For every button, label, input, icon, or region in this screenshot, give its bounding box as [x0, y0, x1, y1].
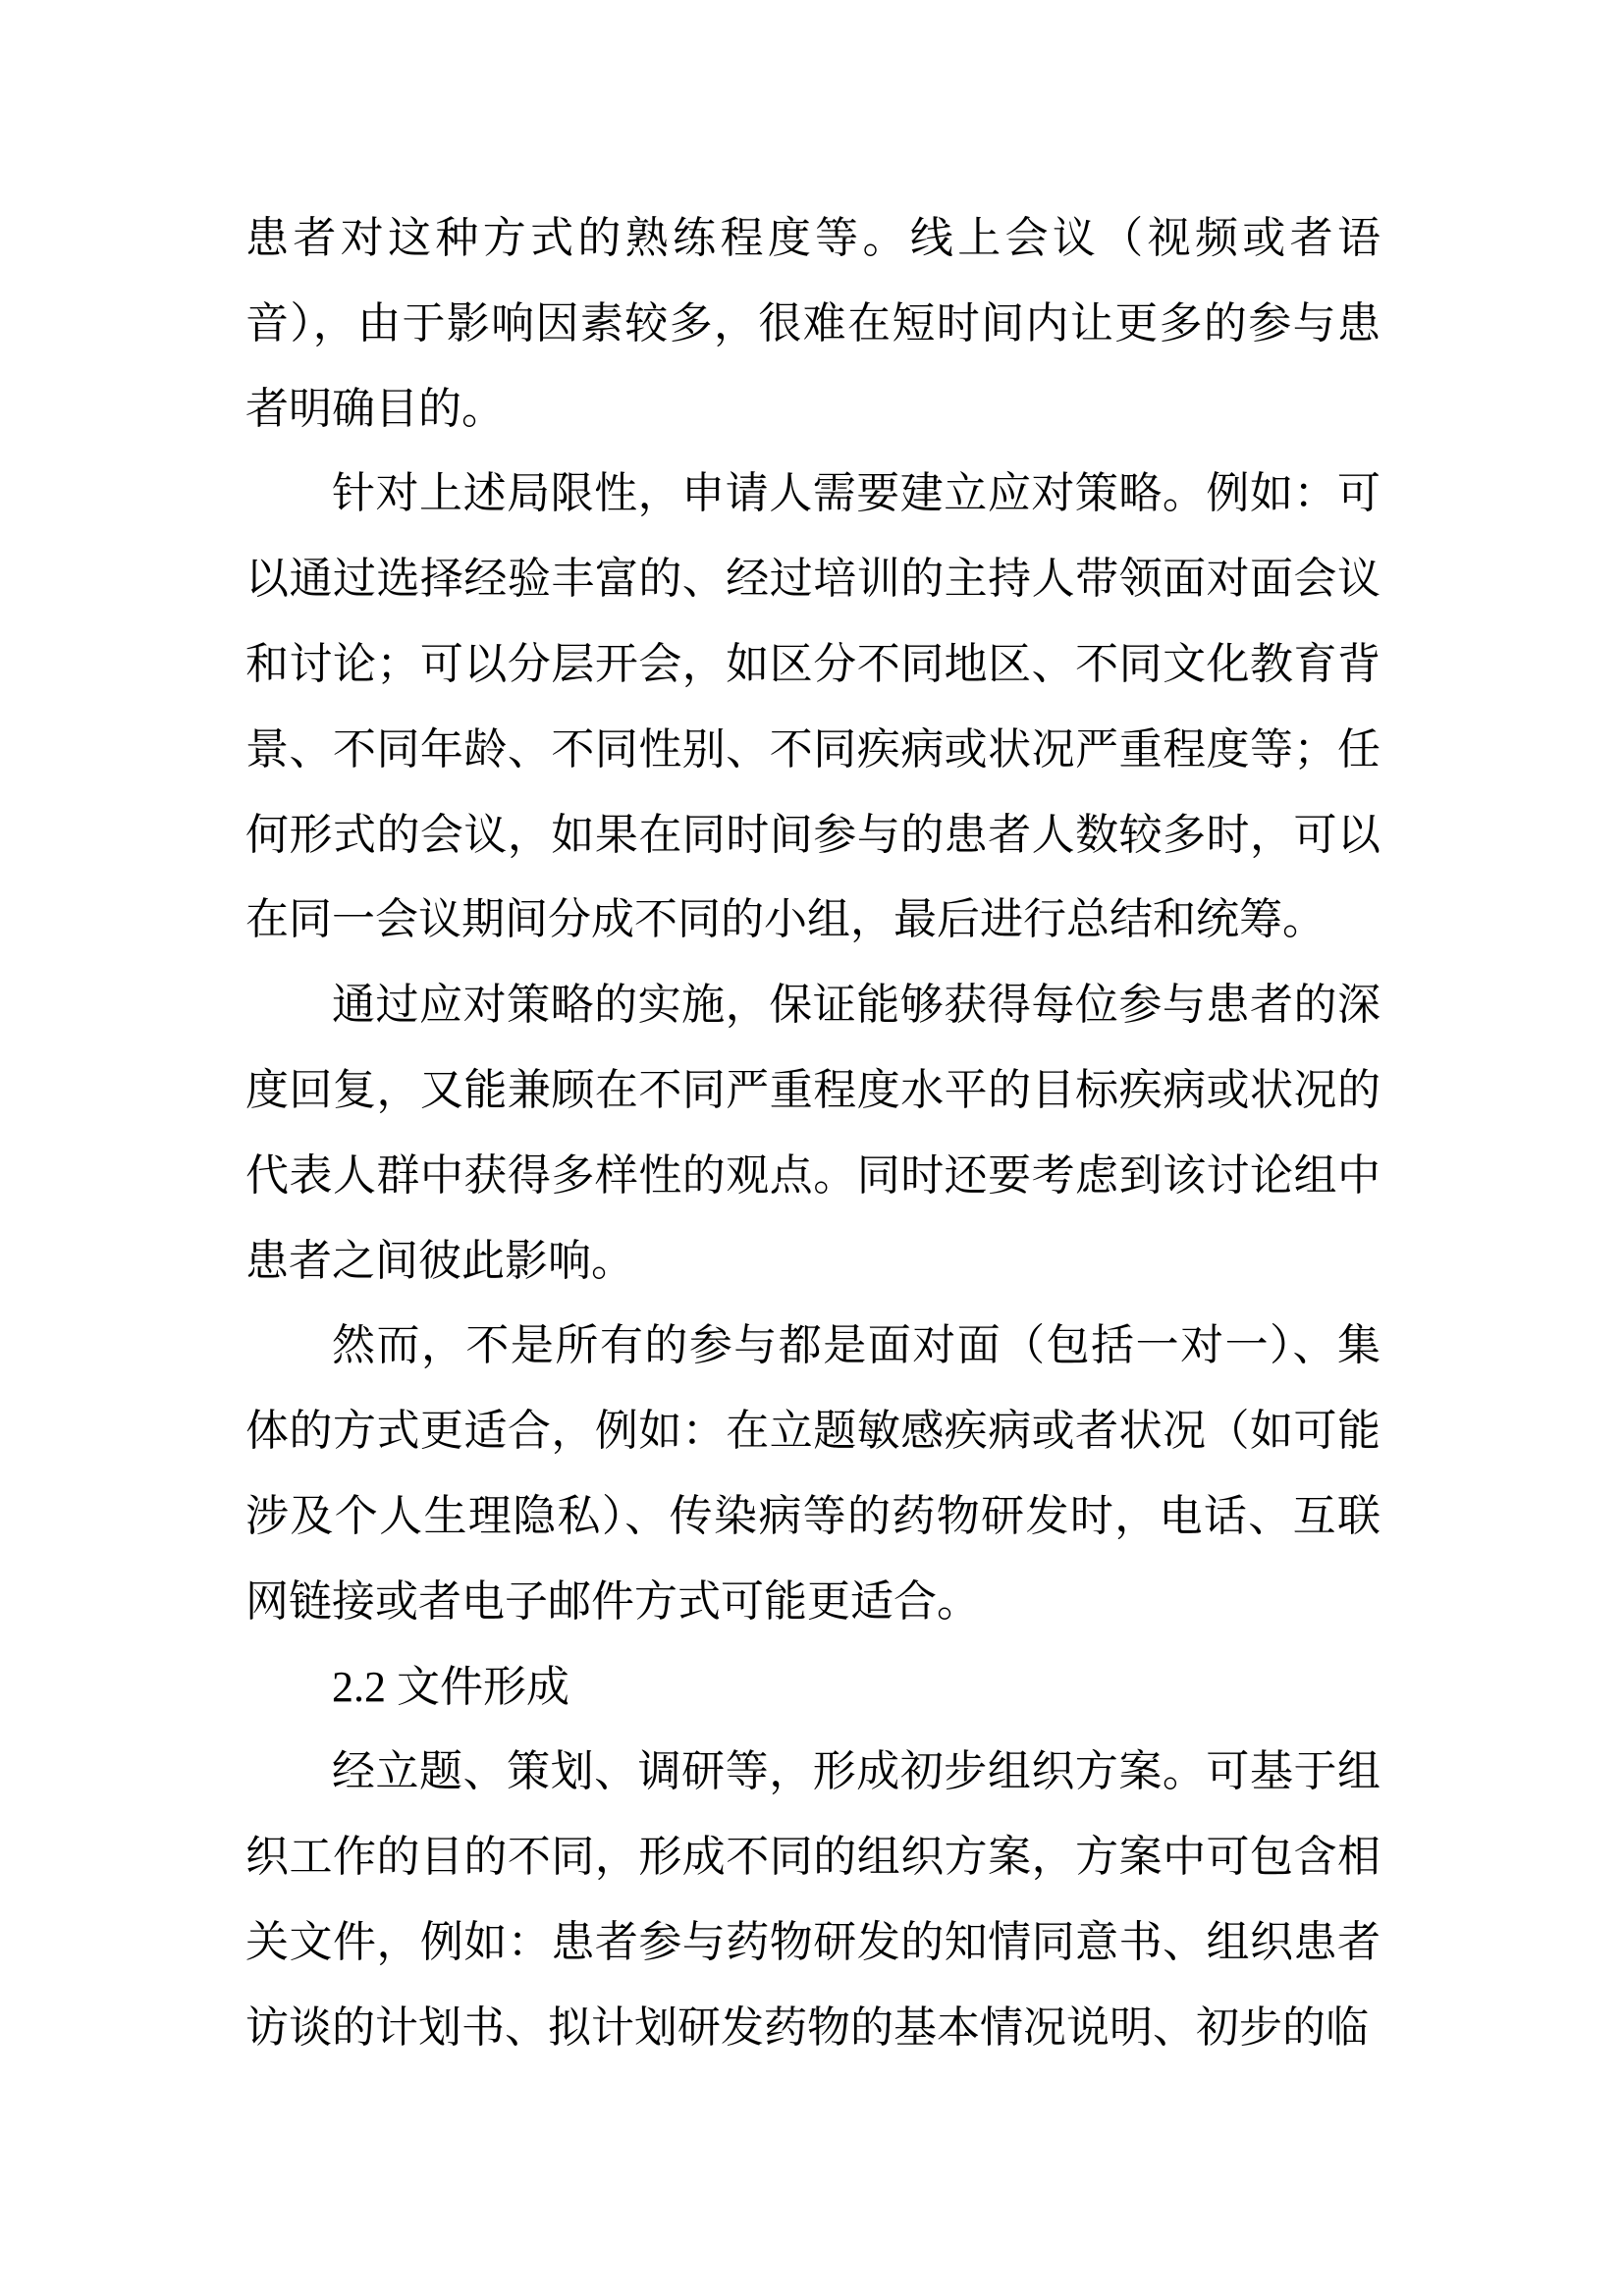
paragraph-remote-participation-methods: 然而，不是所有的参与都是面对面（包括一对一）、集体的方式更适合，例如：在立题敏感…: [245, 1304, 1380, 1644]
paragraph-document-formation: 经立题、策划、调研等，形成初步组织方案。可基于组织工作的目的不同，形成不同的组织…: [245, 1730, 1380, 2070]
paragraph-online-meeting-limitations: 患者对这种方式的熟练程度等。线上会议（视频或者语音），由于影响因素较多，很难在短…: [245, 196, 1380, 452]
text-block: 患者对这种方式的熟练程度等。线上会议（视频或者语音），由于影响因素较多，很难在短…: [245, 196, 1380, 2071]
paragraph-strategy-implementation: 通过应对策略的实施，保证能够获得每位参与患者的深度回复，又能兼顾在不同严重程度水…: [245, 963, 1380, 1304]
section-heading-2-2-document-formation: 2.2 文件形成: [245, 1645, 1380, 1731]
document-page: 患者对这种方式的熟练程度等。线上会议（视频或者语音），由于影响因素较多，很难在短…: [0, 0, 1624, 2296]
paragraph-coping-strategies: 针对上述局限性，申请人需要建立应对策略。例如：可以通过选择经验丰富的、经过培训的…: [245, 452, 1380, 963]
